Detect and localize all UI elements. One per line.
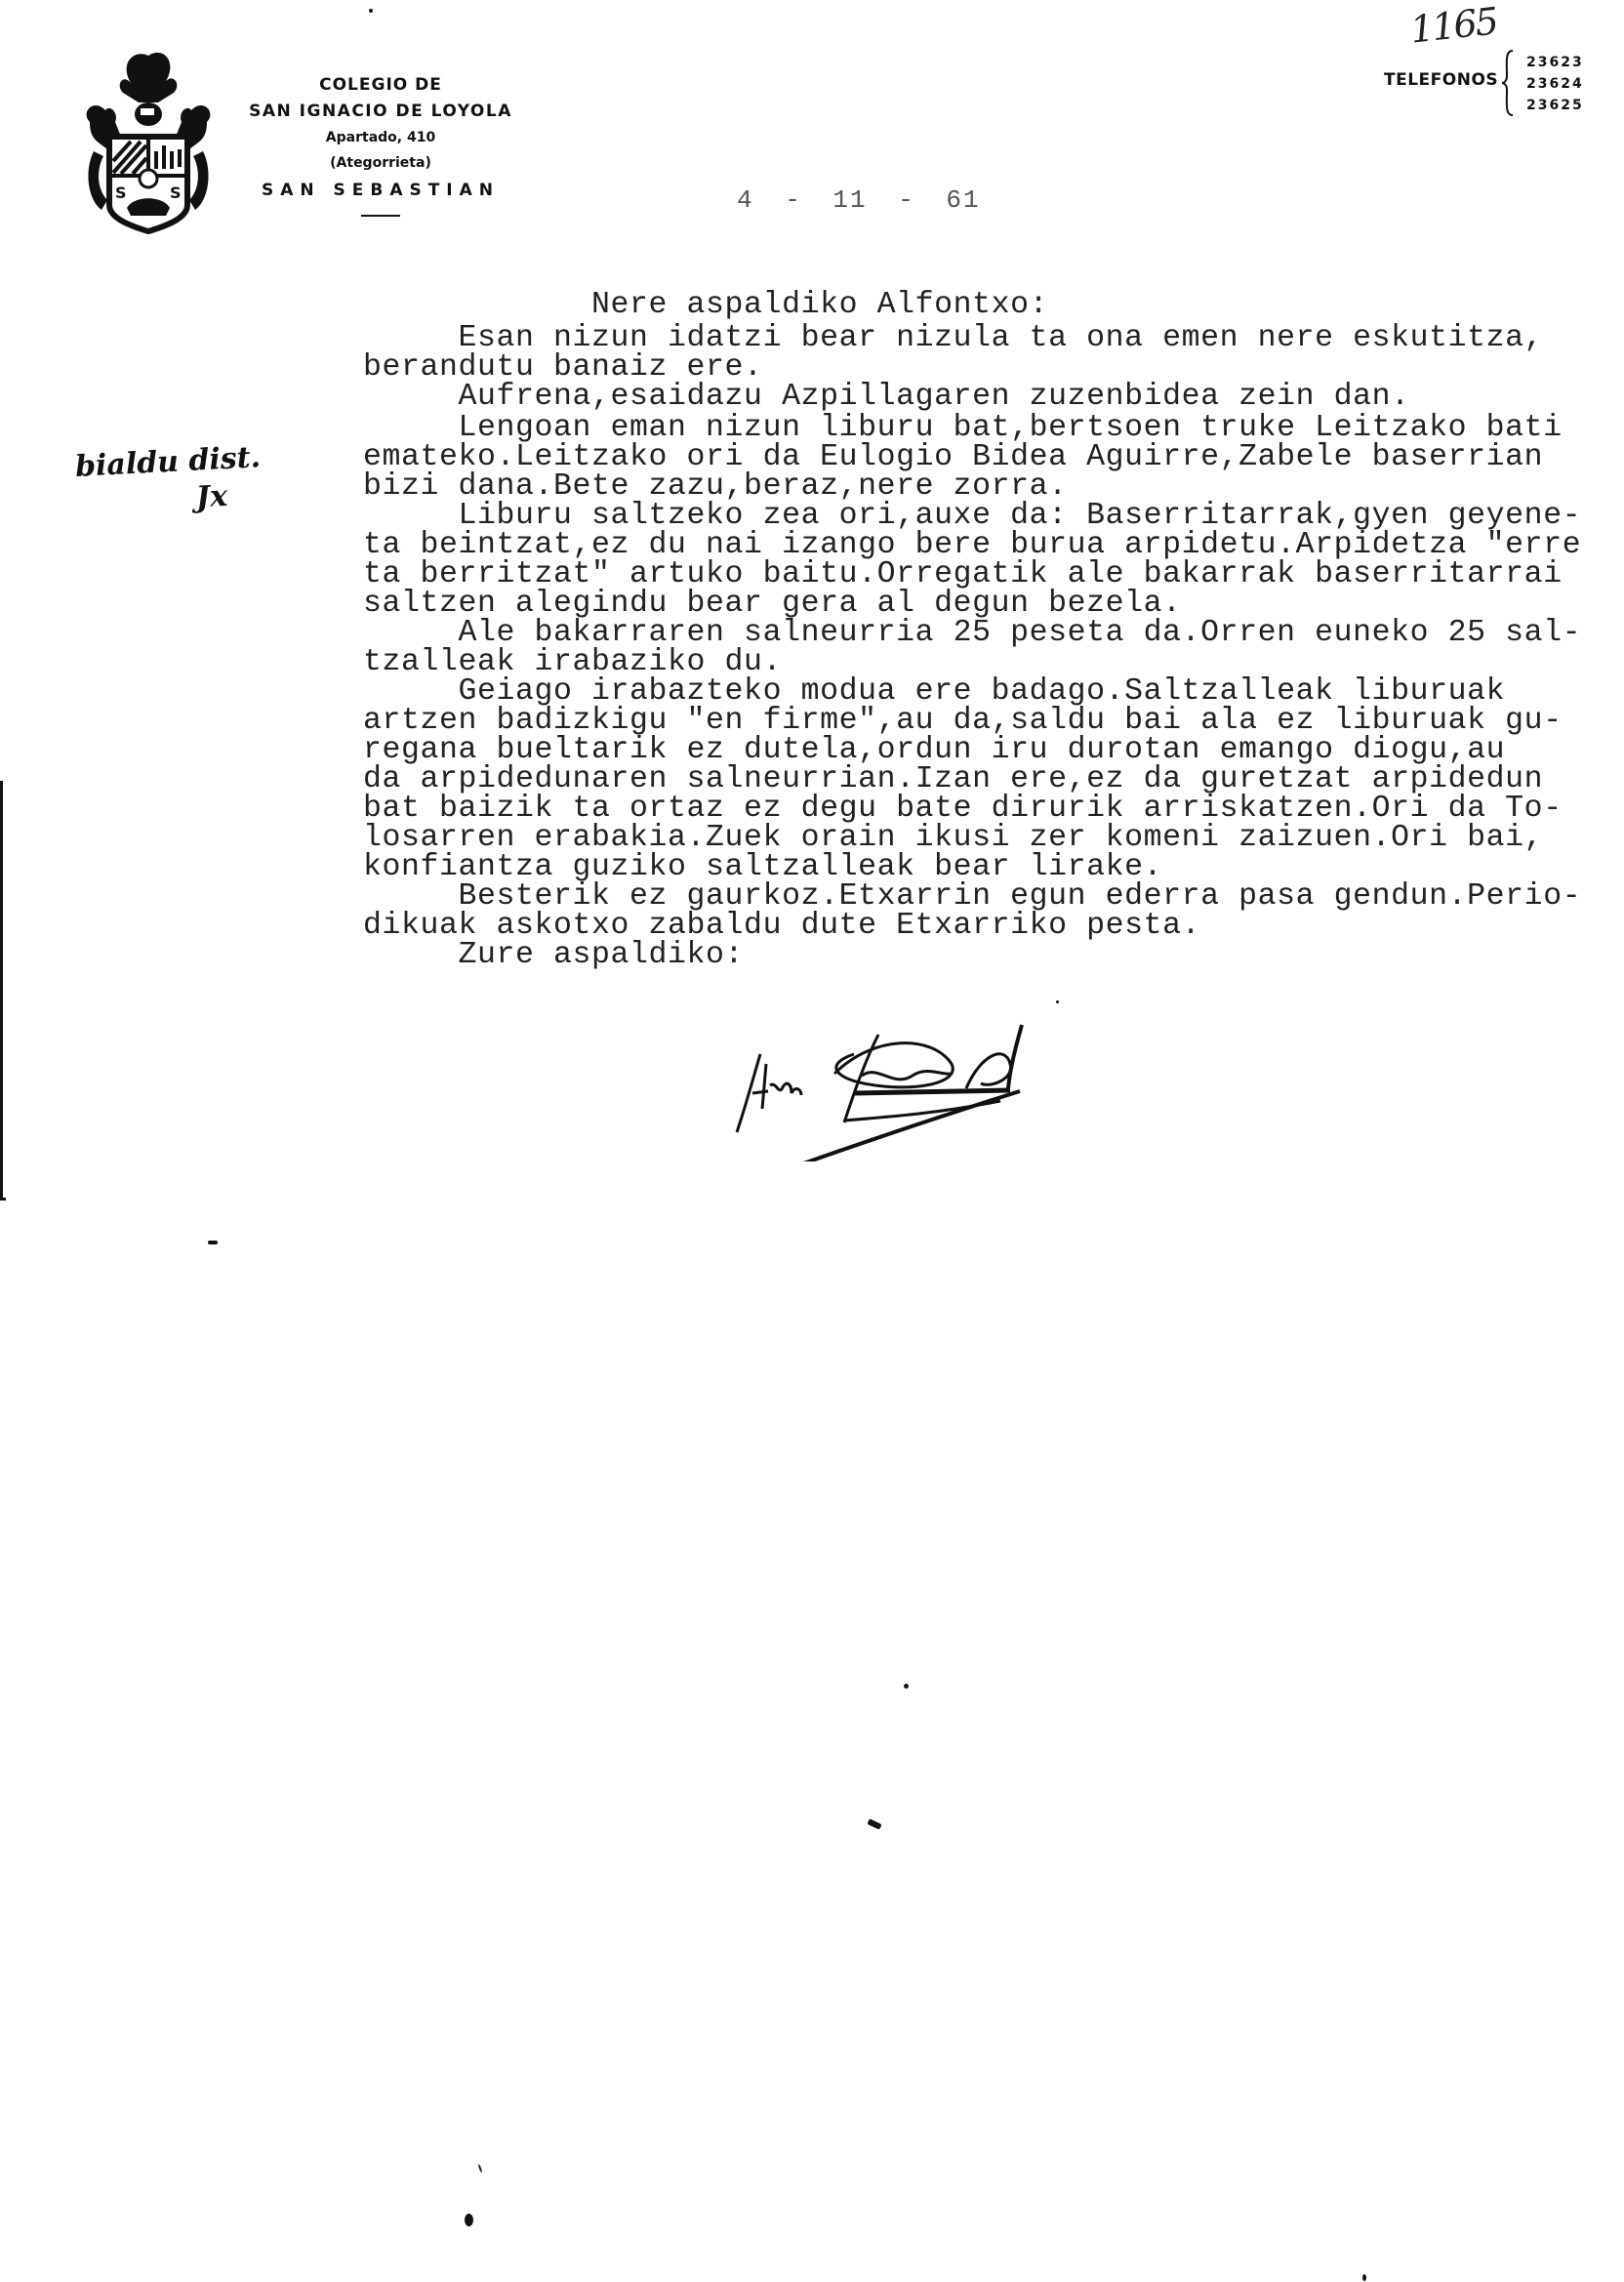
address-line-2: (Ategorrieta)	[234, 150, 527, 176]
signature: Antonio Zavala	[717, 996, 1069, 1161]
ink-speck	[478, 2164, 483, 2173]
letter-line: emateko.Leitzako ori da Eulogio Bidea Ag…	[363, 445, 1543, 470]
letter-line: artzen badizkigu "en firme",au da,saldu …	[363, 709, 1563, 734]
letter-line: regana bueltarik ez dutela,ordun iru dur…	[363, 738, 1505, 763]
institution-line-2: SAN IGNACIO DE LOYOLA	[234, 98, 527, 125]
letter-line: losarren erabakia.Zuek orain ikusi zer k…	[363, 826, 1543, 851]
letter-line: Liburu saltzeko zea ori,auxe da: Baserri…	[363, 504, 1581, 529]
ink-speck	[369, 9, 373, 13]
letter-line: berandutu banaiz ere.	[363, 355, 763, 381]
letter-line: Geiago irabazteko modua ere badago.Saltz…	[363, 679, 1505, 705]
letter-line: bizi dana.Bete zazu,beraz,nere zorra.	[363, 474, 1068, 500]
ink-speck	[1056, 1000, 1059, 1003]
letter-line: da arpidedunaren salneurrian.Izan ere,ez…	[363, 767, 1543, 793]
handwritten-margin-note: bialdu dist. Jx	[74, 439, 264, 523]
ink-speck	[465, 2214, 473, 2226]
coat-of-arms-icon: S S	[80, 44, 217, 234]
signature-name: Antonio Zavala	[745, 1035, 1042, 1080]
letter-line: Ale bakarraren salneurria 25 peseta da.O…	[363, 621, 1581, 646]
letter-date: 4 - 11 - 61	[737, 185, 981, 215]
letter-line: ta beintzat,ez du nai izango bere burua …	[363, 533, 1581, 558]
ink-speck	[904, 1684, 909, 1689]
letter-line: bat baizik ta ortaz ez degu bate dirurik…	[363, 796, 1563, 822]
svg-text:S: S	[115, 183, 127, 202]
svg-text:S: S	[170, 183, 182, 202]
letter-line: Lengoan eman nizun liburu bat,bertsoen t…	[363, 416, 1563, 441]
letter-body: Nere aspaldiko Alfontxo: Esan nizun idat…	[363, 293, 1612, 917]
margin-note-initials: Jx	[76, 476, 264, 523]
brace-icon	[1501, 49, 1515, 117]
letter-line: ta berritzat" artuko baitu.Orregatik ale…	[363, 562, 1563, 588]
margin-note-text: bialdu dist.	[74, 440, 262, 484]
letter-line: Esan nizun idatzi bear nizula ta ona eme…	[363, 326, 1543, 351]
ink-speck	[867, 1818, 881, 1829]
letter-line: Aufrena,esaidazu Azpillagaren zuzenbidea…	[363, 385, 1410, 410]
telephone-numbers: 23623 23624 23625	[1526, 52, 1584, 116]
scan-edge-line	[0, 781, 3, 1201]
city: SAN SEBASTIAN	[234, 176, 527, 205]
telephone-number: 23624	[1526, 73, 1584, 95]
ink-speck	[208, 1241, 218, 1244]
letter-line: dikuak askotxo zabaldu dute Etxarriko pe…	[363, 914, 1200, 939]
letterhead: COLEGIO DE SAN IGNACIO DE LOYOLA Apartad…	[234, 72, 527, 217]
letter-line: Besterik ez gaurkoz.Etxarrin egun ederra…	[363, 884, 1581, 910]
telephone-number: 23625	[1526, 95, 1584, 116]
letter-line: saltzen alegindu bear gera al degun beze…	[363, 591, 1182, 617]
letter-line: tzalleak irabaziko du.	[363, 650, 782, 675]
ink-speck	[1362, 2274, 1366, 2281]
letter-page: S S COLEGIO DE SAN IGNACIO DE LOYOLA Apa…	[0, 0, 1624, 2282]
letter-salutation: Nere aspaldiko Alfontxo:	[363, 293, 1048, 318]
letterhead-rule	[361, 215, 400, 217]
telephones-label: TELEFONOS	[1384, 70, 1498, 90]
address-line-1: Apartado, 410	[234, 125, 527, 150]
letter-closing: Zure aspaldiko:	[363, 943, 744, 968]
letter-line: konfiantza guziko saltzalleak bear lirak…	[363, 855, 1162, 880]
archive-number: 1165	[1408, 0, 1499, 52]
telephone-number: 23623	[1526, 52, 1584, 73]
institution-line-1: COLEGIO DE	[234, 72, 527, 98]
